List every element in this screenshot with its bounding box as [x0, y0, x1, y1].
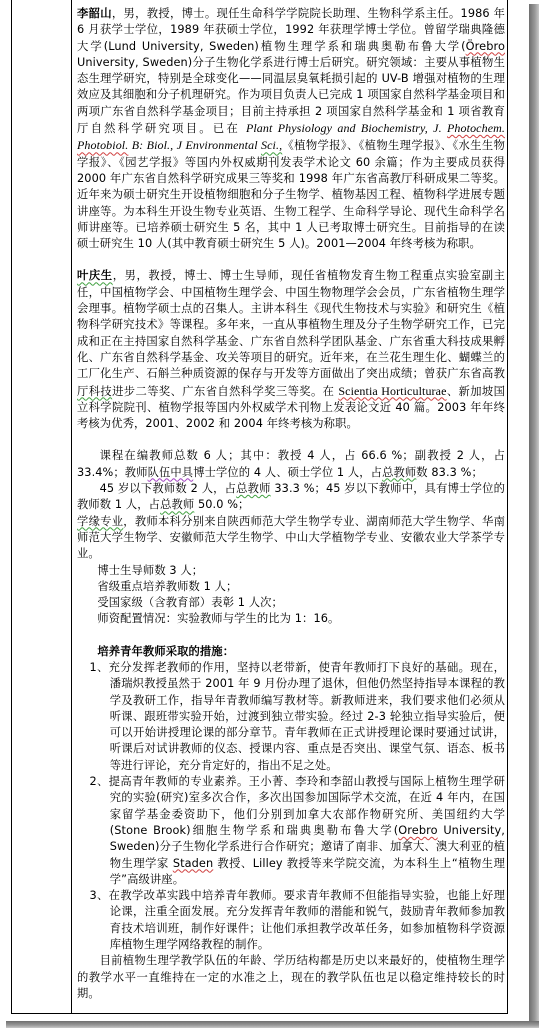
profile-text: 《植物学报》、《植物生理学报》、《水生生物学报》、《园艺学报》等国内外权威期刊发…	[77, 139, 505, 250]
measure-item-1: 1、充分发挥老教师的作用，坚持以老带新，使青年教师打下良好的基础。现在，潘瑞炽教…	[77, 660, 505, 774]
stats-academic-origin: 学缘专业，教师本科分别来自陕西师范大学生物学专业、湖南师范大学生物学、华南师范大…	[77, 514, 505, 563]
journal-name: Plant Physiology and Biochemistry, J.	[246, 121, 447, 135]
profile-text: ，男，教授，博士、博士生导师，现任省植物发育生物工程重点实验室副主任，中国植物学…	[77, 269, 505, 380]
stat-text: 教师	[125, 466, 148, 479]
table-cell-content: 李韶山，男，教授，博士。现任生命科学学院院长助理、生物科学系主任。1986 年 …	[77, 6, 505, 1002]
profile-text: ，男，教授，博士。现任生命科学学院院长助理、生物科学系主任。1986 年 6 月…	[77, 7, 505, 53]
grammar-word: 厅科技	[77, 385, 112, 398]
profile-li-shaoshan: 李韶山，男，教授，博士。现任生命科学学院院长助理、生物科学系主任。1986 年 …	[77, 6, 505, 252]
spellcheck-word: Orebro	[398, 824, 437, 837]
grammar-word: 总教师	[236, 482, 270, 495]
grammar-word: 队伍中具	[148, 466, 194, 479]
stat-text: 数 83.3 %；	[416, 466, 483, 479]
list-number: 1、	[89, 661, 108, 674]
stat-text: 50.0 %；	[194, 498, 249, 511]
stat-text: 45 岁以下教师数 2 人，占	[100, 482, 237, 495]
stat-text: ，教师本科分别来自陕西师范大学生物学专业、湖南师范大学生物学、华南师范大学生物学…	[77, 515, 505, 561]
measure-item-3: 3、在教学改革实践中培养青年教师。要求青年教师不但能指导实验，也能上好理论课，注…	[77, 888, 505, 953]
table-border-right	[507, 0, 508, 1014]
stats-phd-supervisors: 博士生导师数 3 人；	[77, 563, 505, 579]
list-number: 3、	[89, 889, 108, 902]
list-number: 2、	[89, 775, 108, 788]
conclusion-paragraph: 目前植物生理学教学队伍的年龄、学历结构都是历史以来最好的，使植物生理学的教学水平…	[77, 953, 505, 1002]
grammar-word: 总教师	[160, 498, 194, 511]
stats-ratio: 师资配置情况：实验教师与学生的比为 1：16。	[77, 611, 505, 627]
page-shadow-bottom	[6, 1021, 539, 1028]
measure-item-2: 2、提高青年教师的专业素养。王小菁、李玲和李韶山教授与国际上植物生理学研究的实验…	[77, 774, 505, 888]
table-column-divider	[71, 0, 72, 1014]
stats-age: 45 岁以下教师数 2 人，占总教师 33.3 %；45 岁以下教师中，具有博士…	[77, 481, 505, 514]
page-shadow-right	[529, 4, 539, 1028]
spellcheck-word: Örebro	[466, 40, 505, 53]
journal-name: B: Biol., J Environmental	[128, 138, 261, 152]
profile-name: 李韶山	[77, 7, 112, 20]
table-border-bottom	[11, 1013, 508, 1014]
stat-text: 博士学位的 4 人、硕士学位 1 人，占	[193, 466, 382, 479]
stats-national: 受国家级（含教育部）表彰 1 人次；	[77, 595, 505, 611]
grammar-word: 学缘专业	[77, 515, 123, 528]
stats-provincial: 省级重点培养教师数 1 人；	[77, 579, 505, 595]
profile-ye-qingsheng: 叶庆生，男，教授，博士、博士生导师，现任省植物发育生物工程重点实验室副主任，中国…	[77, 268, 505, 432]
profile-text: 进步二等奖、广东省自然科学奖三等奖。在	[112, 385, 338, 398]
list-text: 在教学改革实践中培养青年教师。要求青年教师不但能指导实验，也能上好理论课，注重全…	[109, 889, 505, 951]
stats-teacher-count: 课程在编教师总数 6 人；其中：教授 4 人，占 66.6 %；副教授 2 人，…	[77, 448, 505, 481]
journal-name: Sci.,	[261, 138, 282, 152]
measures-heading: 培养青年教师采取的措施：	[77, 644, 505, 660]
journal-name: Scientia Horticulturae	[338, 384, 446, 398]
grammar-word: 总教师	[382, 466, 416, 479]
profile-name: 叶庆生	[77, 269, 113, 282]
spellcheck-word: Staden	[173, 857, 213, 870]
table-border-left	[11, 0, 12, 1014]
list-text: 充分发挥老教师的作用，坚持以老带新，使青年教师打下良好的基础。现在，潘瑞炽教授虽…	[109, 661, 505, 772]
